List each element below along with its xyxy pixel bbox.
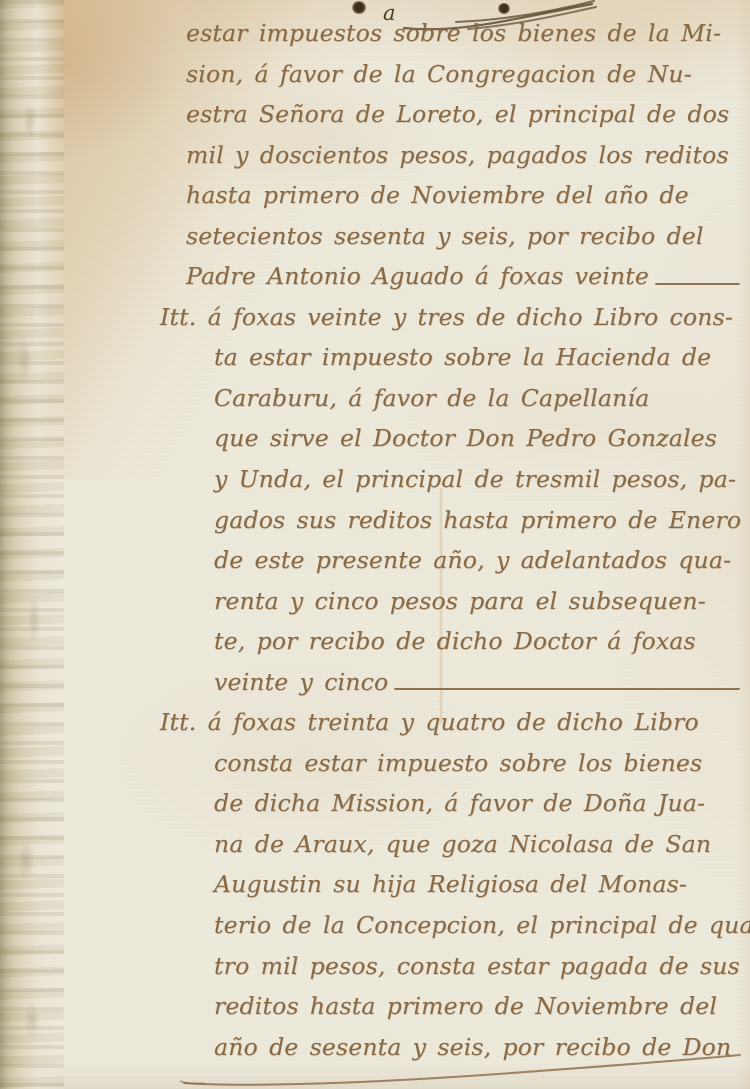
text-line: consta estar impuesto sobre los bienes [214,743,742,784]
text-line: Itt. á foxas treinta y quatro de dicho L… [160,702,742,743]
text-line: de este presente año, y adelantados qua- [214,540,742,581]
text-line: Itt. á foxas veinte y tres de dicho Libr… [160,297,742,338]
text-line-content: mil y doscientos pesos, pagados los redi… [186,135,729,176]
text-line-content: de dicha Mission, á favor de Doña Jua- [214,783,705,824]
text-line-content: na de Araux, que goza Nicolasa de San [214,824,711,865]
text-line-content: ta estar impuesto sobre la Hacienda de [214,337,711,378]
text-line-content: setecientos sesenta y seis, por recibo d… [186,216,704,257]
text-line-content: que sirve el Doctor Don Pedro Gonzales [214,418,717,459]
text-line: mil y doscientos pesos, pagados los redi… [186,135,742,176]
text-line-content: de este presente año, y adelantados qua- [214,540,731,581]
text-line-content: estra Señora de Loreto, el principal de … [186,94,729,135]
text-line-content: tro mil pesos, consta estar pagada de su… [214,946,740,987]
text-line: y Unda, el principal de tresmil pesos, p… [214,459,742,500]
text-line-content: estar impuestos sobre los bienes de la M… [186,13,721,54]
text-line-content: te, por recibo de dicho Doctor á foxas [214,621,696,662]
text-line: renta y cinco pesos para el subsequen- [214,581,742,622]
text-line: sion, á favor de la Congregacion de Nu- [186,54,742,95]
text-line-content: gados sus reditos hasta primero de Enero [214,500,741,541]
text-line-content: y Unda, el principal de tresmil pesos, p… [214,459,736,500]
text-line-content: consta estar impuesto sobre los bienes [214,743,702,784]
text-line: Caraburu, á favor de la Capellanía [214,378,742,419]
text-line-content: sion, á favor de la Congregacion de Nu- [186,54,692,95]
text-line: reditos hasta primero de Noviembre del [214,986,742,1027]
text-line-content: Caraburu, á favor de la Capellanía [214,378,649,419]
text-line-content: hasta primero de Noviembre del año de [186,175,689,216]
inked-rule [394,662,740,691]
text-line: Augustin su hija Religiosa del Monas- [214,864,742,905]
text-line: gados sus reditos hasta primero de Enero [214,500,742,541]
text-line: estra Señora de Loreto, el principal de … [186,94,742,135]
inked-rule [655,256,740,285]
text-line-content: Itt. á foxas treinta y quatro de dicho L… [160,702,699,743]
text-line: na de Araux, que goza Nicolasa de San [214,824,742,865]
text-line: estar impuestos sobre los bienes de la M… [186,13,742,54]
text-line: que sirve el Doctor Don Pedro Gonzales [214,418,742,459]
manuscript-text: estar impuestos sobre los bienes de la M… [0,13,750,1067]
text-line-content: Augustin su hija Religiosa del Monas- [214,864,687,905]
text-line-content: renta y cinco pesos para el subsequen- [214,581,706,622]
text-line-content: Padre Antonio Aguado á foxas veinte [186,256,649,297]
bottom-fold-line [178,1050,748,1088]
text-line: te, por recibo de dicho Doctor á foxas [214,621,742,662]
manuscript-page: a estar impuestos sobre los bienes de la… [0,0,750,1089]
text-line-content: veinte y cinco [214,662,388,703]
text-line: ta estar impuesto sobre la Hacienda de [214,337,742,378]
text-line: Padre Antonio Aguado á foxas veinte [186,256,742,297]
text-line-content: terio de la Concepcion, el principal de … [214,905,750,946]
text-line: de dicha Mission, á favor de Doña Jua- [214,783,742,824]
text-line: hasta primero de Noviembre del año de [186,175,742,216]
text-line: setecientos sesenta y seis, por recibo d… [186,216,742,257]
text-line-content: Itt. á foxas veinte y tres de dicho Libr… [160,297,733,338]
text-line: terio de la Concepcion, el principal de … [214,905,742,946]
text-line-content: reditos hasta primero de Noviembre del [214,986,717,1027]
text-line: tro mil pesos, consta estar pagada de su… [214,946,742,987]
text-line: veinte y cinco [214,662,742,703]
